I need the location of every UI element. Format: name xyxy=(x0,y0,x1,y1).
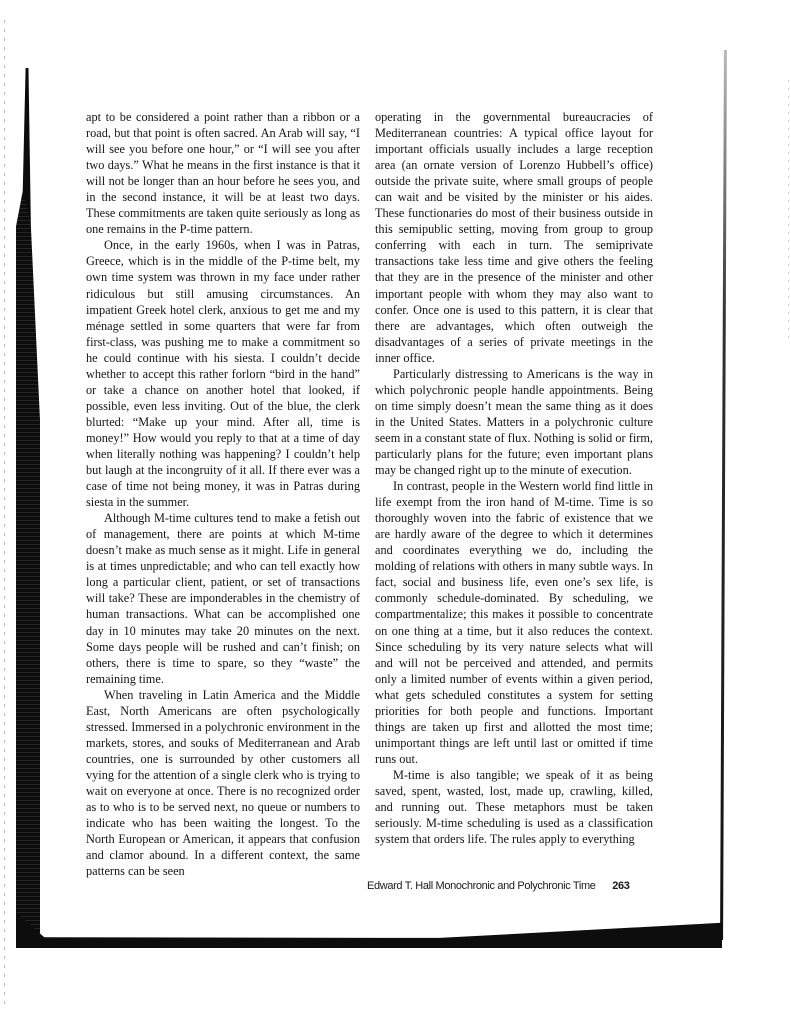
scan-artifact-right-dots xyxy=(788,80,789,340)
paragraph-continuation: apt to be considered a point rather than… xyxy=(86,109,360,237)
page-bottom-shadow xyxy=(16,912,722,948)
paragraph-m-time-tangible: M-time is also tangible; we speak of it … xyxy=(375,767,653,847)
paragraph-western-world: In contrast, people in the Western world… xyxy=(375,478,653,767)
scan-artifact-left-dots xyxy=(4,20,5,1010)
paragraph-m-time-management: Although M-time cultures tend to make a … xyxy=(86,510,360,687)
page-right-edge-shadow xyxy=(720,50,727,940)
page-number: 263 xyxy=(612,880,629,892)
paragraph-traveling-latin-america: When traveling in Latin America and the … xyxy=(86,687,360,880)
paragraph-appointments: Particularly distressing to Americans is… xyxy=(375,366,653,478)
footer-author: Edward T. Hall xyxy=(367,880,433,892)
paragraph-bureaucracies: operating in the governmental bureaucrac… xyxy=(375,109,653,366)
footer-title: Monochronic and Polychronic Time xyxy=(436,880,596,892)
left-text-column: apt to be considered a point rather than… xyxy=(86,109,360,879)
gutter-shadow-noise xyxy=(14,200,42,940)
paragraph-patras-anecdote: Once, in the early 1960s, when I was in … xyxy=(86,237,360,510)
right-text-column: operating in the governmental bureaucrac… xyxy=(375,109,653,847)
running-footer: Edward T. Hall Monochronic and Polychron… xyxy=(367,880,630,892)
